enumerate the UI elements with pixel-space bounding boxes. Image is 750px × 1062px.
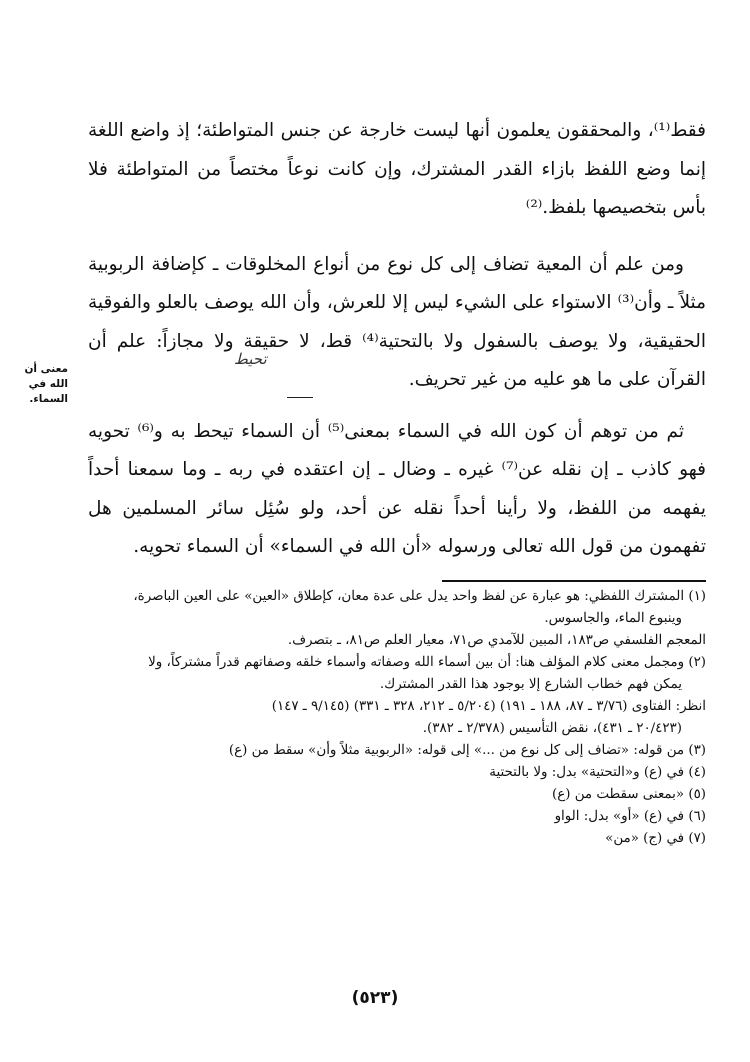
- paragraph: ومن علم أن المعية تضاف إلى كل نوع من أنو…: [88, 246, 706, 400]
- footnote-reference: انظر: الفتاوى (٣/٧٦ ـ ٨٧، ١٨٨ ـ ١٩١) (٥/…: [90, 696, 706, 718]
- paragraph: ثم من توهم أن كون الله في السماء بمعنى⁽⁵…: [88, 413, 706, 567]
- page-number: (٥٢٣): [0, 988, 750, 1008]
- footnote: (٢) ومجمل معنى كلام المؤلف هنا: أن بين أ…: [90, 652, 706, 674]
- annotation-overline: [287, 397, 313, 398]
- footnote: (٣) من قوله: «تضاف إلى كل نوع من ...» إل…: [90, 740, 706, 762]
- footnote: (٧) في (ج) «من»: [90, 828, 706, 850]
- main-text: فقط⁽¹⁾، والمحققون يعلمون أنها ليست خارجة…: [88, 112, 706, 567]
- footnote: (٥) «بمعنى سقطت من (ع): [90, 784, 706, 806]
- footnote: (٤) في (ع) و«التحتية» بدل: ولا بالتحتية: [90, 762, 706, 784]
- footnote-continuation: يمكن فهم خطاب الشارع إلا بوجود هذا القدر…: [90, 674, 706, 696]
- footnote-divider: [442, 580, 706, 582]
- footnote-continuation: وينبوع الماء، والجاسوس.: [90, 608, 706, 630]
- paragraph: فقط⁽¹⁾، والمحققون يعلمون أنها ليست خارجة…: [88, 112, 706, 228]
- footnotes: (١) المشترك اللفظي: هو عبارة عن لفظ واحد…: [90, 586, 706, 850]
- footnote: (١) المشترك اللفظي: هو عبارة عن لفظ واحد…: [90, 586, 706, 608]
- footnote-reference: المعجم الفلسفي ص١٨٣، المبين للآمدي ص٧١، …: [90, 630, 706, 652]
- margin-note: معنى أن الله في السماء.: [6, 362, 68, 407]
- book-page: فقط⁽¹⁾، والمحققون يعلمون أنها ليست خارجة…: [0, 0, 750, 1062]
- handwritten-annotation: تحيط: [234, 350, 267, 368]
- footnote-continuation: (٢٠/٤٢٣ ـ ٤٣١)، نقض التأسيس (٢/٣٧٨ ـ ٣٨٢…: [90, 718, 706, 740]
- footnote: (٦) في (ع) «أو» بدل: الواو: [90, 806, 706, 828]
